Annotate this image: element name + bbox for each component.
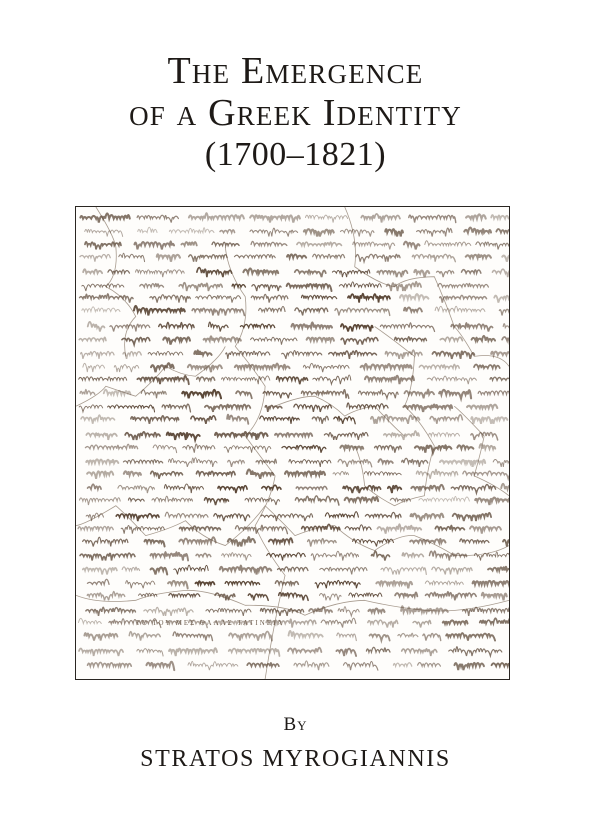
title-years: (1700–1821): [0, 138, 591, 180]
byline: By: [0, 714, 591, 736]
title-line-1: The Emergence: [0, 52, 591, 94]
book-cover: The Emergence of a Greek Identity (1700–…: [0, 0, 591, 828]
book-title: The Emergence of a Greek Identity (1700–…: [0, 52, 591, 180]
title-line-2: of a Greek Identity: [0, 94, 591, 136]
cover-illustration-frame: ΤΟ ΤΟΥ ΜΕΣ ΘΑΛΑΣ ΤΑΤΙΝΕΙΑ: [75, 206, 510, 680]
map-label: ΤΟ ΤΟΥ ΜΕΣ ΘΑΛΑΣ ΤΑΤΙΝΕΙΑ: [136, 619, 285, 627]
author-name: STRATOS MYROGIANNIS: [0, 746, 591, 773]
manuscript-map-illustration: ΤΟ ΤΟΥ ΜΕΣ ΘΑΛΑΣ ΤΑΤΙΝΕΙΑ: [76, 207, 509, 679]
